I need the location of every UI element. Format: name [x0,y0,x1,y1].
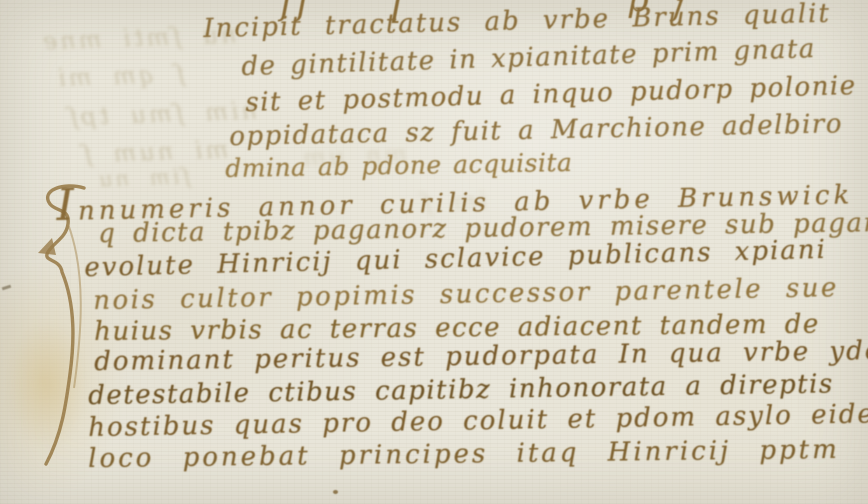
manuscript-page: nu ſmti mne ſ qm mi nim ſmu tpſ mi num ſ… [0,0,868,504]
